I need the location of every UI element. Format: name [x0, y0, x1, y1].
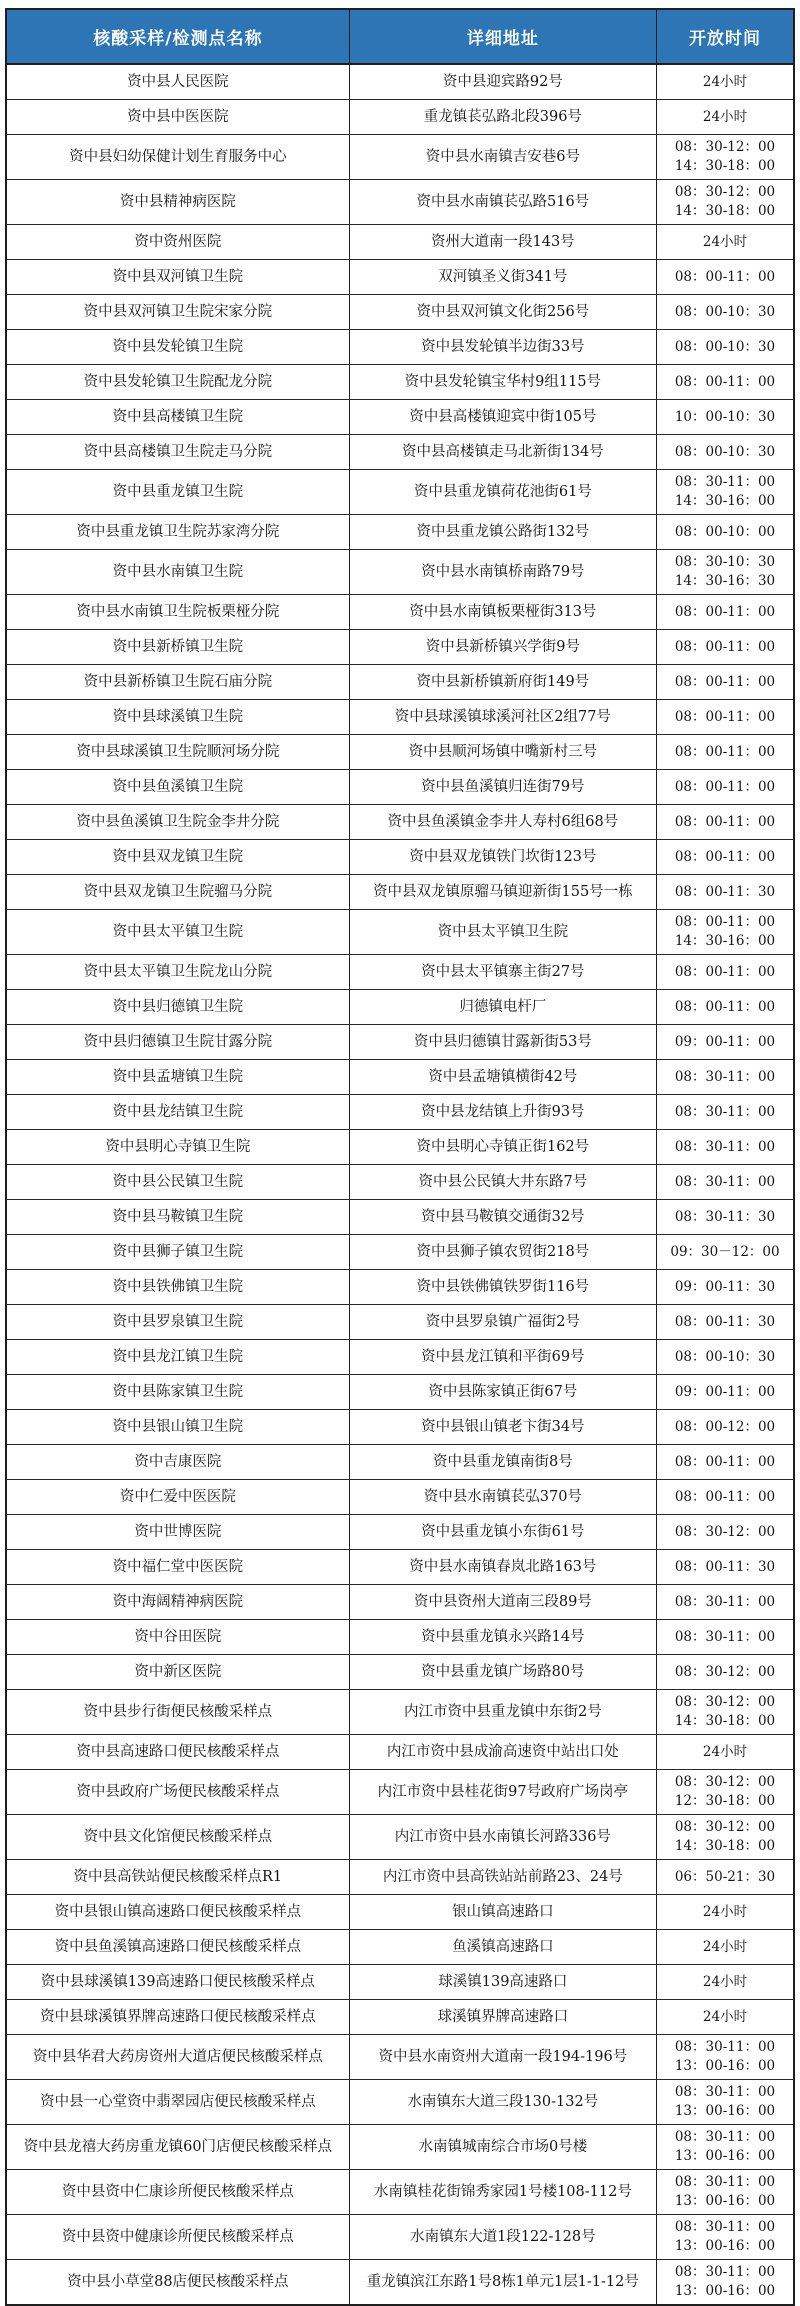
open-time-line: 08：30-12：00 [675, 138, 775, 157]
site-name-cell: 资中县龙江镇卫生院 [7, 1340, 350, 1374]
table-row: 资中新区医院资中县重龙镇广场路80号08：30-12：00 [7, 1655, 793, 1690]
open-time-cell: 08：00-11：00 [657, 365, 793, 399]
open-time-line: 06：50-21：30 [675, 1868, 775, 1887]
open-time-line: 08：30-12：00 [675, 1663, 775, 1682]
open-time-cell: 08：00-11：00 [657, 735, 793, 769]
open-time-cell: 24小时 [657, 2000, 793, 2034]
table-row: 资中世博医院资中县重龙镇小东街61号08：30-12：00 [7, 1515, 793, 1550]
address-cell: 资中县银山镇老卞街34号 [350, 1410, 657, 1444]
table-row: 资中县公民镇卫生院资中县公民镇大井东路7号08：30-11：00 [7, 1165, 793, 1200]
site-name-cell: 资中县陈家镇卫生院 [7, 1375, 350, 1409]
site-name-cell: 资中县鱼溪镇高速路口便民核酸采样点 [7, 1930, 350, 1964]
open-time-line: 08：00-11：00 [675, 673, 775, 692]
table-header-row: 核酸采样/检测点名称 详细地址 开放时间 [7, 10, 793, 65]
site-name-cell: 资中县孟塘镇卫生院 [7, 1060, 350, 1094]
table-row: 资中县水南镇卫生院板栗桠分院资中县水南镇板栗桠街313号08：00-11：00 [7, 595, 793, 630]
open-time-cell: 08：00-11：0014：30-16：00 [657, 910, 793, 954]
table-row: 资中县华君大药房资州大道店便民核酸采样点资中县水南资州大道南一段194-196号… [7, 2035, 793, 2080]
site-name-cell: 资中县人民医院 [7, 65, 350, 99]
site-name-cell: 资中县狮子镇卫生院 [7, 1235, 350, 1269]
site-name-cell: 资中县新桥镇卫生院 [7, 630, 350, 664]
open-time-cell: 08：00-12：00 [657, 1410, 793, 1444]
address-cell: 资中县水南镇桥南路79号 [350, 550, 657, 594]
site-name-cell: 资中县文化馆便民核酸采样点 [7, 1815, 350, 1859]
open-time-line: 14：30-16：30 [675, 572, 775, 591]
address-cell: 球溪镇界牌高速路口 [350, 2000, 657, 2034]
open-time-line: 08：00-11：00 [675, 268, 775, 287]
site-name-cell: 资中县发轮镇卫生院 [7, 330, 350, 364]
address-cell: 资中县双龙镇铁门坎街123号 [350, 840, 657, 874]
site-name-cell: 资中县妇幼保健计划生育服务中心 [7, 135, 350, 179]
table-row: 资中县妇幼保健计划生育服务中心资中县水南镇吉安巷6号08：30-12：0014：… [7, 135, 793, 180]
open-time-cell: 08：30-11：30 [657, 1200, 793, 1234]
address-cell: 资中县重龙镇小东街61号 [350, 1515, 657, 1549]
open-time-line: 08：30-12：00 [675, 1693, 775, 1712]
open-time-cell: 24小时 [657, 65, 793, 99]
open-time-line: 08：00-11：00 [675, 743, 775, 762]
table-row: 资中县政府广场便民核酸采样点内江市资中县桂花街97号政府广场岗亭08：30-12… [7, 1770, 793, 1815]
open-time-line: 08：00-10：30 [675, 443, 775, 462]
address-cell: 内江市资中县水南镇长河路336号 [350, 1815, 657, 1859]
site-name-cell: 资中县马鞍镇卫生院 [7, 1200, 350, 1234]
open-time-line: 09：30－12：00 [670, 1243, 779, 1262]
site-name-cell: 资中县小草堂88店便民核酸采样点 [7, 2260, 350, 2304]
open-time-cell: 08：30-12：0012：30-18：00 [657, 1770, 793, 1814]
site-name-cell: 资中县步行街便民核酸采样点 [7, 1690, 350, 1734]
site-name-cell: 资中县鱼溪镇卫生院金李井分院 [7, 805, 350, 839]
address-cell: 资中县水南镇苌弘370号 [350, 1480, 657, 1514]
open-time-line: 08：00-11：00 [675, 373, 775, 392]
open-time-cell: 08：30-11：00 [657, 1095, 793, 1129]
address-cell: 资中县明心寺镇正街162号 [350, 1130, 657, 1164]
open-time-cell: 08：30-12：0014：30-18：00 [657, 180, 793, 224]
site-name-cell: 资中县铁佛镇卫生院 [7, 1270, 350, 1304]
open-time-line: 08：30-11：00 [675, 1068, 775, 1087]
address-cell: 资中县双河镇文化街256号 [350, 295, 657, 329]
address-cell: 资中县重龙镇公路街132号 [350, 515, 657, 549]
site-name-cell: 资中县政府广场便民核酸采样点 [7, 1770, 350, 1814]
open-time-cell: 10：00-10：30 [657, 400, 793, 434]
site-name-cell: 资中县高速路口便民核酸采样点 [7, 1735, 350, 1769]
open-time-cell: 08：00-11：00 [657, 630, 793, 664]
open-time-cell: 24小时 [657, 225, 793, 259]
open-time-line: 08：30-11：00 [675, 1173, 775, 1192]
address-cell: 归德镇电杆厂 [350, 990, 657, 1024]
site-name-cell: 资中县双龙镇卫生院 [7, 840, 350, 874]
address-cell: 银山镇高速路口 [350, 1895, 657, 1929]
table-row: 资中县马鞍镇卫生院资中县马鞍镇交通街32号08：30-11：30 [7, 1200, 793, 1235]
open-time-line: 08：30-11：00 [675, 2128, 775, 2147]
open-time-cell: 08：30-10：3014：30-16：30 [657, 550, 793, 594]
open-time-line: 08：00-11：00 [675, 848, 775, 867]
open-time-line: 13：00-16：00 [675, 2102, 775, 2121]
open-time-line: 09：00-11：30 [675, 1278, 775, 1297]
open-time-line: 24小时 [703, 2008, 747, 2027]
table-row: 资中县重龙镇卫生院苏家湾分院资中县重龙镇公路街132号08：00-10：00 [7, 515, 793, 550]
open-time-cell: 08：00-10：30 [657, 330, 793, 364]
open-time-line: 08：00-11：00 [675, 778, 775, 797]
table-row: 资中仁爱中医医院资中县水南镇苌弘370号08：00-11：00 [7, 1480, 793, 1515]
table-row: 资中县发轮镇卫生院配龙分院资中县发轮镇宝华村9组115号08：00-11：00 [7, 365, 793, 400]
testing-sites-table: 核酸采样/检测点名称 详细地址 开放时间 资中县人民医院资中县迎宾路92号24小… [5, 8, 795, 2306]
site-name-cell: 资中县球溪镇界牌高速路口便民核酸采样点 [7, 2000, 350, 2034]
open-time-line: 08：30-11：30 [675, 1208, 775, 1227]
open-time-line: 24小时 [703, 1973, 747, 1992]
site-name-cell: 资中县重龙镇卫生院苏家湾分院 [7, 515, 350, 549]
site-name-cell: 资中县龙禧大药房重龙镇60门店便民核酸采样点 [7, 2125, 350, 2169]
site-name-cell: 资中县发轮镇卫生院配龙分院 [7, 365, 350, 399]
site-name-cell: 资中县水南镇卫生院板栗桠分院 [7, 595, 350, 629]
table-row: 资中资州医院资州大道南一段143号24小时 [7, 225, 793, 260]
site-name-cell: 资中县高楼镇卫生院 [7, 400, 350, 434]
table-row: 资中县孟塘镇卫生院资中县孟塘镇横街42号08：30-11：00 [7, 1060, 793, 1095]
address-cell: 资中县太平镇卫生院 [350, 910, 657, 954]
open-time-cell: 08：00-11：00 [657, 990, 793, 1024]
open-time-cell: 08：30-11：0013：00-16：00 [657, 2035, 793, 2079]
header-cell-address: 详细地址 [350, 10, 657, 63]
site-name-cell: 资中县太平镇卫生院龙山分院 [7, 955, 350, 989]
table-row: 资中县归德镇卫生院归德镇电杆厂08：00-11：00 [7, 990, 793, 1025]
table-row: 资中县一心堂资中翡翠园店便民核酸采样点水南镇东大道三段130-132号08：30… [7, 2080, 793, 2125]
open-time-line: 14：30-18：00 [675, 1837, 775, 1856]
site-name-cell: 资中海阔精神病医院 [7, 1585, 350, 1619]
open-time-line: 14：30-16：00 [675, 932, 775, 951]
address-cell: 资州大道南一段143号 [350, 225, 657, 259]
site-name-cell: 资中县双河镇卫生院宋家分院 [7, 295, 350, 329]
open-time-cell: 08：00-11：00 [657, 955, 793, 989]
address-cell: 资中县鱼溪镇金李井人寿村6组68号 [350, 805, 657, 839]
open-time-cell: 24小时 [657, 1930, 793, 1964]
open-time-line: 08：00-10：30 [675, 338, 775, 357]
table-row: 资中县陈家镇卫生院资中县陈家镇正街67号09：00-11：00 [7, 1375, 793, 1410]
table-row: 资中县高楼镇卫生院资中县高楼镇迎宾中街105号10：00-10：30 [7, 400, 793, 435]
table-row: 资中县罗泉镇卫生院资中县罗泉镇广福街2号08：00-11：30 [7, 1305, 793, 1340]
open-time-cell: 08：30-11：00 [657, 1060, 793, 1094]
address-cell: 资中县重龙镇南街8号 [350, 1445, 657, 1479]
open-time-line: 08：30-11：00 [675, 1593, 775, 1612]
site-name-cell: 资中县银山镇卫生院 [7, 1410, 350, 1444]
table-row: 资中县高速路口便民核酸采样点内江市资中县成渝高速资中站出口处24小时 [7, 1735, 793, 1770]
address-cell: 资中县资州大道南三段89号 [350, 1585, 657, 1619]
open-time-cell: 08：30-12：00 [657, 1515, 793, 1549]
open-time-line: 08：00-12：00 [675, 1418, 775, 1437]
site-name-cell: 资中资州医院 [7, 225, 350, 259]
address-cell: 资中县球溪镇球溪河社区2组77号 [350, 700, 657, 734]
address-cell: 资中县重龙镇广场路80号 [350, 1655, 657, 1689]
table-row: 资中县龙禧大药房重龙镇60门店便民核酸采样点水南镇城南综合市场0号楼08：30-… [7, 2125, 793, 2170]
table-row: 资中县狮子镇卫生院资中县狮子镇农贸街218号09：30－12：00 [7, 1235, 793, 1270]
address-cell: 资中县高楼镇迎宾中街105号 [350, 400, 657, 434]
table-row: 资中县小草堂88店便民核酸采样点重龙镇滨江东路1号8栋1单元1层1-1-12号0… [7, 2260, 793, 2304]
site-name-cell: 资中县公民镇卫生院 [7, 1165, 350, 1199]
address-cell: 水南镇城南综合市场0号楼 [350, 2125, 657, 2169]
site-name-cell: 资中县华君大药房资州大道店便民核酸采样点 [7, 2035, 350, 2079]
open-time-line: 13：00-16：00 [675, 2147, 775, 2166]
site-name-cell: 资中县银山镇高速路口便民核酸采样点 [7, 1895, 350, 1929]
open-time-line: 08：30-12：00 [675, 1818, 775, 1837]
address-cell: 资中县罗泉镇广福街2号 [350, 1305, 657, 1339]
address-cell: 资中县新桥镇新府街149号 [350, 665, 657, 699]
table-row: 资中县鱼溪镇高速路口便民核酸采样点鱼溪镇高速路口24小时 [7, 1930, 793, 1965]
site-name-cell: 资中县球溪镇卫生院顺河场分院 [7, 735, 350, 769]
site-name-cell: 资中县资中健康诊所便民核酸采样点 [7, 2215, 350, 2259]
address-cell: 资中县迎宾路92号 [350, 65, 657, 99]
table-row: 资中谷田医院资中县重龙镇永兴路14号08：30-11：00 [7, 1620, 793, 1655]
open-time-line: 24小时 [703, 1938, 747, 1957]
address-cell: 鱼溪镇高速路口 [350, 1930, 657, 1964]
open-time-cell: 24小时 [657, 1965, 793, 1999]
address-cell: 资中县归德镇甘露新街53号 [350, 1025, 657, 1059]
open-time-cell: 08：00-11：00 [657, 805, 793, 839]
site-name-cell: 资中县明心寺镇卫生院 [7, 1130, 350, 1164]
open-time-line: 08：30-11：00 [675, 2038, 775, 2057]
open-time-cell: 08：00-11：00 [657, 1480, 793, 1514]
open-time-line: 08：00-11：30 [675, 1313, 775, 1332]
table-row: 资中县明心寺镇卫生院资中县明心寺镇正街162号08：30-11：00 [7, 1130, 793, 1165]
open-time-line: 24小时 [703, 1903, 747, 1922]
open-time-cell: 08：00-11：30 [657, 1550, 793, 1584]
open-time-line: 13：00-16：00 [675, 2282, 775, 2301]
address-cell: 资中县狮子镇农贸街218号 [350, 1235, 657, 1269]
open-time-line: 09：00-11：00 [675, 1033, 775, 1052]
table-row: 资中县铁佛镇卫生院资中县铁佛镇铁罗街116号09：00-11：30 [7, 1270, 793, 1305]
table-row: 资中县太平镇卫生院龙山分院资中县太平镇寨主街27号08：00-11：00 [7, 955, 793, 990]
open-time-line: 08：30-11：00 [675, 1628, 775, 1647]
open-time-line: 24小时 [703, 108, 747, 127]
open-time-cell: 09：00-11：30 [657, 1270, 793, 1304]
address-cell: 资中县重龙镇永兴路14号 [350, 1620, 657, 1654]
address-cell: 球溪镇139高速路口 [350, 1965, 657, 1999]
open-time-cell: 08：00-11：00 [657, 260, 793, 294]
address-cell: 内江市资中县高铁站站前路23、24号 [350, 1860, 657, 1894]
address-cell: 水南镇东大道1段122-128号 [350, 2215, 657, 2259]
open-time-line: 13：00-16：00 [675, 2237, 775, 2256]
site-name-cell: 资中福仁堂中医医院 [7, 1550, 350, 1584]
table-row: 资中海阔精神病医院资中县资州大道南三段89号08：30-11：00 [7, 1585, 793, 1620]
table-row: 资中县球溪镇卫生院顺河场分院资中县顺河场镇中嘴新村三号08：00-11：00 [7, 735, 793, 770]
site-name-cell: 资中县高楼镇卫生院走马分院 [7, 435, 350, 469]
site-name-cell: 资中谷田医院 [7, 1620, 350, 1654]
open-time-line: 09：00-11：00 [675, 1383, 775, 1402]
header-cell-site-name: 核酸采样/检测点名称 [7, 10, 350, 63]
open-time-cell: 24小时 [657, 1735, 793, 1769]
table-body: 资中县人民医院资中县迎宾路92号24小时资中县中医医院重龙镇苌弘路北段396号2… [7, 65, 793, 2304]
open-time-cell: 08：00-11：00 [657, 595, 793, 629]
open-time-line: 08：30-11：00 [675, 2263, 775, 2282]
table-row: 资中县发轮镇卫生院资中县发轮镇半边街33号08：00-10：30 [7, 330, 793, 365]
address-cell: 水南镇桂花街锦秀家园1号楼108-112号 [350, 2170, 657, 2214]
site-name-cell: 资中吉康医院 [7, 1445, 350, 1479]
table-row: 资中县高铁站便民核酸采样点R1内江市资中县高铁站站前路23、24号06：50-2… [7, 1860, 793, 1895]
open-time-cell: 08：00-11：00 [657, 700, 793, 734]
open-time-line: 08：00-10：30 [675, 303, 775, 322]
site-name-cell: 资中县双龙镇卫生院骝马分院 [7, 875, 350, 909]
address-cell: 资中县孟塘镇横街42号 [350, 1060, 657, 1094]
open-time-line: 14：30-18：00 [675, 202, 775, 221]
table-row: 资中县新桥镇卫生院石庙分院资中县新桥镇新府街149号08：00-11：00 [7, 665, 793, 700]
open-time-line: 08：00-10：30 [675, 1348, 775, 1367]
site-name-cell: 资中县新桥镇卫生院石庙分院 [7, 665, 350, 699]
address-cell: 资中县高楼镇走马北新街134号 [350, 435, 657, 469]
site-name-cell: 资中新区医院 [7, 1655, 350, 1689]
address-cell: 资中县新桥镇兴学街9号 [350, 630, 657, 664]
open-time-line: 24小时 [703, 233, 747, 252]
site-name-cell: 资中县精神病医院 [7, 180, 350, 224]
open-time-line: 14：30-18：00 [675, 1712, 775, 1731]
site-name-cell: 资中县球溪镇139高速路口便民核酸采样点 [7, 1965, 350, 1999]
table-row: 资中县新桥镇卫生院资中县新桥镇兴学街9号08：00-11：00 [7, 630, 793, 665]
table-row: 资中县精神病医院资中县水南镇苌弘路516号08：30-12：0014：30-18… [7, 180, 793, 225]
open-time-cell: 24小时 [657, 100, 793, 134]
address-cell: 资中县公民镇大井东路7号 [350, 1165, 657, 1199]
open-time-cell: 08：30-12：00 [657, 1655, 793, 1689]
open-time-cell: 09：00-11：00 [657, 1025, 793, 1059]
address-cell: 资中县发轮镇宝华村9组115号 [350, 365, 657, 399]
open-time-cell: 08：00-11：30 [657, 875, 793, 909]
open-time-line: 08：00-11：00 [675, 708, 775, 727]
table-row: 资中县双河镇卫生院双河镇圣义街341号08：00-11：00 [7, 260, 793, 295]
open-time-cell: 08：30-11：0014：30-16：00 [657, 470, 793, 514]
open-time-cell: 08：00-11：00 [657, 665, 793, 699]
open-time-line: 08：00-11：00 [675, 963, 775, 982]
address-cell: 资中县水南镇苌弘路516号 [350, 180, 657, 224]
open-time-cell: 08：00-10：00 [657, 515, 793, 549]
table-row: 资中县双龙镇卫生院资中县双龙镇铁门坎街123号08：00-11：00 [7, 840, 793, 875]
open-time-cell: 09：30－12：00 [657, 1235, 793, 1269]
site-name-cell: 资中世博医院 [7, 1515, 350, 1549]
table-row: 资中县太平镇卫生院资中县太平镇卫生院08：00-11：0014：30-16：00 [7, 910, 793, 955]
header-cell-open-time: 开放时间 [657, 10, 793, 63]
open-time-cell: 08：00-11：00 [657, 770, 793, 804]
site-name-cell: 资中县龙结镇卫生院 [7, 1095, 350, 1129]
table-row: 资中县步行街便民核酸采样点内江市资中县重龙镇中东街2号08：30-12：0014… [7, 1690, 793, 1735]
open-time-cell: 08：30-11：0013：00-16：00 [657, 2260, 793, 2304]
address-cell: 资中县水南镇春岚北路163号 [350, 1550, 657, 1584]
open-time-cell: 06：50-21：30 [657, 1860, 793, 1894]
open-time-line: 08：30-12：00 [675, 1523, 775, 1542]
table-row: 资中吉康医院资中县重龙镇南街8号08：00-11：00 [7, 1445, 793, 1480]
site-name-cell: 资中县归德镇卫生院甘露分院 [7, 1025, 350, 1059]
table-row: 资中县龙结镇卫生院资中县龙结镇上升街93号08：30-11：00 [7, 1095, 793, 1130]
open-time-cell: 08：00-10：30 [657, 435, 793, 469]
open-time-line: 08：30-11：00 [675, 1138, 775, 1157]
open-time-line: 08：30-11：00 [675, 473, 775, 492]
open-time-cell: 08：00-11：00 [657, 840, 793, 874]
table-row: 资中县资中仁康诊所便民核酸采样点水南镇桂花街锦秀家园1号楼108-112号08：… [7, 2170, 793, 2215]
site-name-cell: 资中县双河镇卫生院 [7, 260, 350, 294]
table-row: 资中县鱼溪镇卫生院资中县鱼溪镇归连街79号08：00-11：00 [7, 770, 793, 805]
table-row: 资中县中医医院重龙镇苌弘路北段396号24小时 [7, 100, 793, 135]
open-time-cell: 08：30-11：00 [657, 1130, 793, 1164]
open-time-line: 14：30-18：00 [675, 157, 775, 176]
address-cell: 内江市资中县桂花街97号政府广场岗亭 [350, 1770, 657, 1814]
open-time-line: 08：30-11：00 [675, 1103, 775, 1122]
open-time-line: 08：00-11：00 [675, 813, 775, 832]
table-row: 资中县双河镇卫生院宋家分院资中县双河镇文化街256号08：00-10：30 [7, 295, 793, 330]
table-row: 资中县人民医院资中县迎宾路92号24小时 [7, 65, 793, 100]
open-time-line: 08：30-12：00 [675, 183, 775, 202]
site-name-cell: 资中县球溪镇卫生院 [7, 700, 350, 734]
address-cell: 资中县龙江镇和平街69号 [350, 1340, 657, 1374]
address-cell: 重龙镇滨江东路1号8栋1单元1层1-1-12号 [350, 2260, 657, 2304]
table-row: 资中县文化馆便民核酸采样点内江市资中县水南镇长河路336号08：30-12：00… [7, 1815, 793, 1860]
open-time-line: 08：00-11：00 [675, 1488, 775, 1507]
address-cell: 内江市资中县成渝高速资中站出口处 [350, 1735, 657, 1769]
table-row: 资中县水南镇卫生院资中县水南镇桥南路79号08：30-10：3014：30-16… [7, 550, 793, 595]
address-cell: 资中县鱼溪镇归连街79号 [350, 770, 657, 804]
address-cell: 资中县龙结镇上升街93号 [350, 1095, 657, 1129]
open-time-cell: 08：00-11：00 [657, 1445, 793, 1479]
table-row: 资中县资中健康诊所便民核酸采样点水南镇东大道1段122-128号08：30-11… [7, 2215, 793, 2260]
open-time-cell: 08：30-11：0013：00-16：00 [657, 2170, 793, 2214]
address-cell: 资中县陈家镇正街67号 [350, 1375, 657, 1409]
table-row: 资中县龙江镇卫生院资中县龙江镇和平街69号08：00-10：30 [7, 1340, 793, 1375]
table-row: 资中县球溪镇139高速路口便民核酸采样点球溪镇139高速路口24小时 [7, 1965, 793, 2000]
open-time-cell: 08：00-10：30 [657, 1340, 793, 1374]
address-cell: 资中县双龙镇原骝马镇迎新街155号一栋 [350, 875, 657, 909]
site-name-cell: 资中县资中仁康诊所便民核酸采样点 [7, 2170, 350, 2214]
open-time-line: 24小时 [703, 73, 747, 92]
open-time-line: 08：00-11：00 [675, 603, 775, 622]
open-time-line: 13：00-16：00 [675, 2057, 775, 2076]
open-time-line: 12：30-18：00 [675, 1792, 775, 1811]
open-time-line: 08：00-10：00 [675, 523, 775, 542]
open-time-line: 08：30-11：00 [675, 2218, 775, 2237]
address-cell: 资中县水南镇板栗桠街313号 [350, 595, 657, 629]
open-time-line: 08：00-11：30 [675, 883, 775, 902]
site-name-cell: 资中县一心堂资中翡翠园店便民核酸采样点 [7, 2080, 350, 2124]
open-time-cell: 08：30-11：00 [657, 1585, 793, 1619]
open-time-line: 14：30-16：00 [675, 492, 775, 511]
site-name-cell: 资中县高铁站便民核酸采样点R1 [7, 1860, 350, 1894]
open-time-line: 08：00-11：00 [675, 913, 775, 932]
open-time-cell: 24小时 [657, 1895, 793, 1929]
site-name-cell: 资中县重龙镇卫生院 [7, 470, 350, 514]
open-time-cell: 08：30-12：0014：30-18：00 [657, 1815, 793, 1859]
open-time-cell: 09：00-11：00 [657, 1375, 793, 1409]
address-cell: 资中县太平镇寨主街27号 [350, 955, 657, 989]
open-time-line: 13：00-16：00 [675, 2192, 775, 2211]
address-cell: 资中县发轮镇半边街33号 [350, 330, 657, 364]
open-time-cell: 08：30-11：00 [657, 1165, 793, 1199]
table-row: 资中县鱼溪镇卫生院金李井分院资中县鱼溪镇金李井人寿村6组68号08：00-11：… [7, 805, 793, 840]
table-row: 资中县重龙镇卫生院资中县重龙镇荷花池街61号08：30-11：0014：30-1… [7, 470, 793, 515]
open-time-line: 08：00-11：30 [675, 1558, 775, 1577]
open-time-cell: 08：30-11：0013：00-16：00 [657, 2125, 793, 2169]
open-time-cell: 08：30-12：0014：30-18：00 [657, 135, 793, 179]
table-row: 资中福仁堂中医医院资中县水南镇春岚北路163号08：00-11：30 [7, 1550, 793, 1585]
address-cell: 资中县顺河场镇中嘴新村三号 [350, 735, 657, 769]
site-name-cell: 资中仁爱中医医院 [7, 1480, 350, 1514]
open-time-cell: 08：00-10：30 [657, 295, 793, 329]
address-cell: 资中县马鞍镇交通街32号 [350, 1200, 657, 1234]
open-time-cell: 08：30-11：0013：00-16：00 [657, 2080, 793, 2124]
open-time-line: 08：00-11：00 [675, 998, 775, 1017]
open-time-line: 08：30-12：00 [675, 1773, 775, 1792]
open-time-cell: 08：00-11：30 [657, 1305, 793, 1339]
site-name-cell: 资中县太平镇卫生院 [7, 910, 350, 954]
open-time-line: 08：00-11：00 [675, 638, 775, 657]
open-time-line: 24小时 [703, 1743, 747, 1762]
table-row: 资中县归德镇卫生院甘露分院资中县归德镇甘露新街53号09：00-11：00 [7, 1025, 793, 1060]
open-time-line: 08：30-11：00 [675, 2083, 775, 2102]
site-name-cell: 资中县中医医院 [7, 100, 350, 134]
address-cell: 重龙镇苌弘路北段396号 [350, 100, 657, 134]
address-cell: 水南镇东大道三段130-132号 [350, 2080, 657, 2124]
open-time-line: 08：00-11：00 [675, 1453, 775, 1472]
table-row: 资中县银山镇卫生院资中县银山镇老卞街34号08：00-12：00 [7, 1410, 793, 1445]
open-time-cell: 08：30-12：0014：30-18：00 [657, 1690, 793, 1734]
